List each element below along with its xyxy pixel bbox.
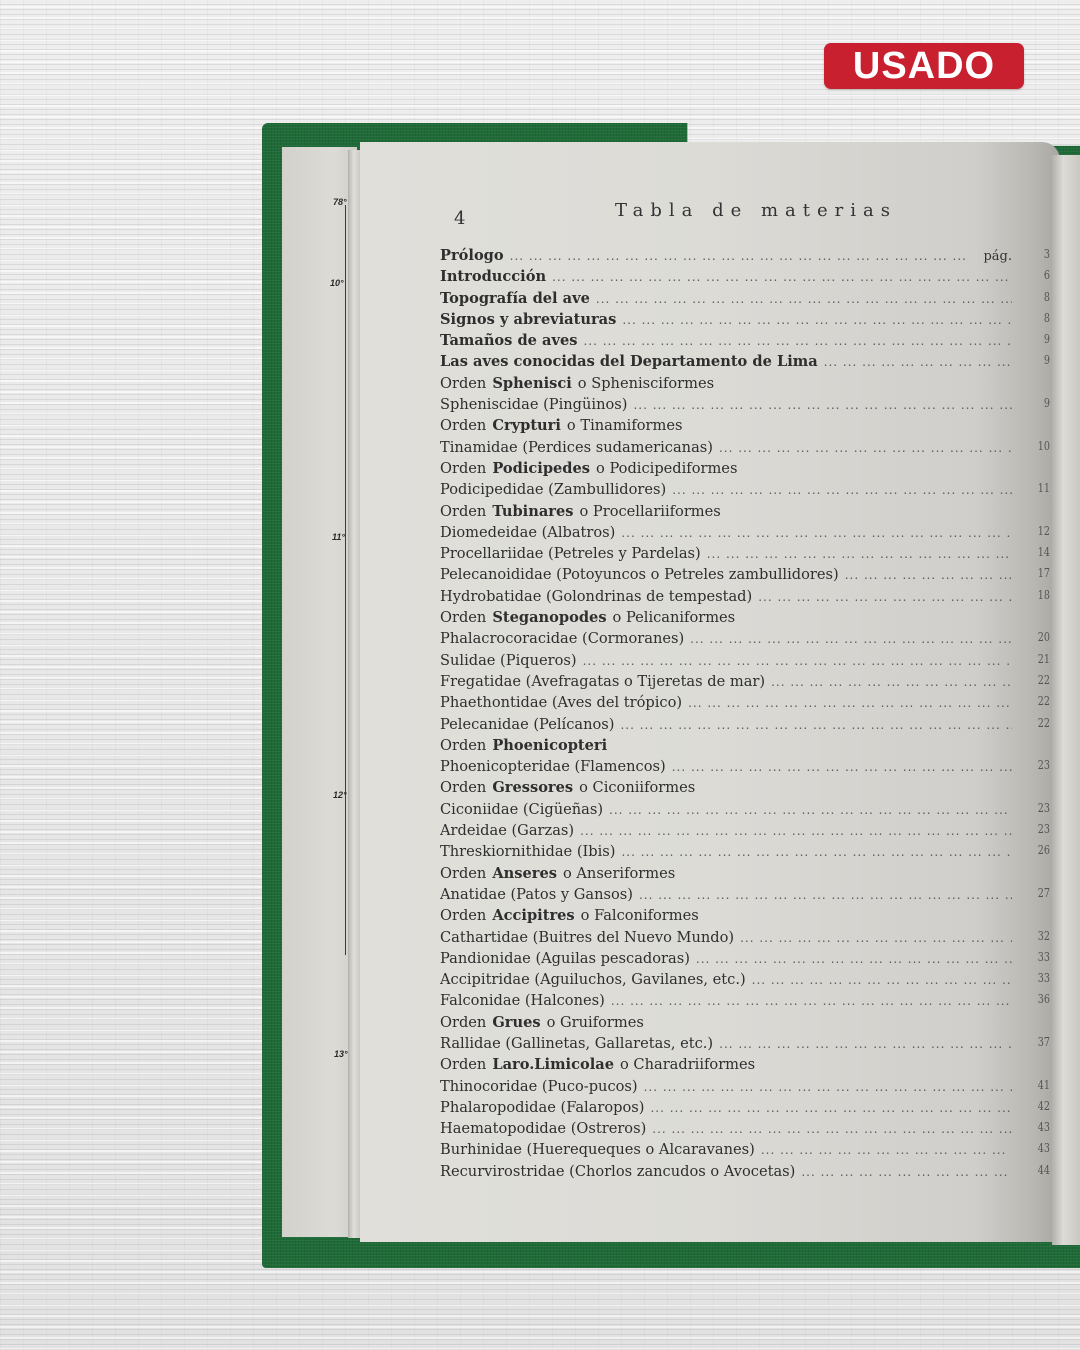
toc-entry-title: Prólogo <box>440 247 504 264</box>
order-prefix: Orden <box>440 503 486 520</box>
toc-entry-title: Podicipedidae (Zambullidores) <box>440 481 666 498</box>
toc-order-heading: OrdenGressoreso Ciconiiformes <box>440 779 1050 800</box>
dot-leader <box>688 696 1012 710</box>
toc-page-number: 33 <box>1032 950 1050 964</box>
toc-entry-title: Threskiornithidae (Ibis) <box>440 843 615 860</box>
toc-page-number: 27 <box>1032 886 1050 900</box>
order-name: Podicipedes <box>492 460 590 477</box>
table-of-contents: Prólogopág.3Introducción6Topografía del … <box>440 247 1050 1184</box>
toc-entry-title: Haematopodidae (Ostreros) <box>440 1120 646 1137</box>
ruler-mark: 78° <box>333 197 347 207</box>
toc-page-number: 11 <box>1032 481 1050 495</box>
toc-entry: Prólogopág.3 <box>440 247 1050 268</box>
toc-page-number: 33 <box>1032 971 1050 985</box>
order-prefix: Orden <box>440 609 486 626</box>
dot-leader <box>644 1080 1012 1094</box>
toc-order-heading: OrdenAccipitreso Falconiformes <box>440 907 1050 928</box>
order-name: Accipitres <box>492 907 574 924</box>
toc-entry-title: Phalaropodidae (Falaropos) <box>440 1099 644 1116</box>
order-name: Steganopodes <box>492 609 606 626</box>
toc-entry: Pelecanoididae (Potoyuncos o Petreles za… <box>440 566 1050 587</box>
order-prefix: Orden <box>440 1014 486 1031</box>
toc-entry-title: Anatidae (Patos y Gansos) <box>440 886 633 903</box>
toc-page-number: 8 <box>1032 290 1050 304</box>
map-ruler-line <box>345 205 346 955</box>
toc-entry-title: Sulidae (Piqueros) <box>440 652 577 669</box>
toc-entry-title: Fregatidae (Avefragatas o Tijeretas de m… <box>440 673 765 690</box>
order-suffix: o Pelicaniformes <box>613 609 736 626</box>
toc-page-number: 43 <box>1032 1120 1050 1134</box>
ruler-mark: 12° <box>333 790 347 800</box>
toc-entry-title: Pelecanoididae (Potoyuncos o Petreles za… <box>440 566 839 583</box>
order-suffix: o Anseriformes <box>563 865 675 882</box>
toc-entry: Ardeidae (Garzas)23 <box>440 822 1050 843</box>
toc-entry: Anatidae (Patos y Gansos)27 <box>440 886 1050 907</box>
toc-entry: Falconidae (Halcones)36 <box>440 992 1050 1013</box>
toc-page-number: 32 <box>1032 929 1050 943</box>
order-prefix: Orden <box>440 460 486 477</box>
toc-entry-title: Spheniscidae (Pingüinos) <box>440 396 627 413</box>
toc-page-number: 3 <box>1032 247 1050 261</box>
toc-page-number: 36 <box>1032 992 1050 1006</box>
order-prefix: Orden <box>440 417 486 434</box>
toc-page-number: 21 <box>1032 652 1050 666</box>
order-suffix: o Charadriiformes <box>620 1056 755 1073</box>
toc-page-number: 9 <box>1032 353 1050 367</box>
toc-entry-title: Rallidae (Gallinetas, Gallaretas, etc.) <box>440 1035 713 1052</box>
toc-entry: Recurvirostridae (Chorlos zancudos o Avo… <box>440 1163 1050 1184</box>
toc-entry-title: Hydrobatidae (Golondrinas de tempestad) <box>440 588 752 605</box>
toc-page-number: 22 <box>1032 694 1050 708</box>
toc-entry: Accipitridae (Aguiluchos, Gavilanes, etc… <box>440 971 1050 992</box>
order-name: Anseres <box>492 865 557 882</box>
toc-page-number: 22 <box>1032 673 1050 687</box>
dot-leader <box>621 845 1012 859</box>
toc-page-number: 41 <box>1032 1078 1050 1092</box>
toc-page-number: 18 <box>1032 588 1050 602</box>
toc-entry: Introducción6 <box>440 268 1050 289</box>
toc-page-number: 9 <box>1032 396 1050 410</box>
toc-order-heading: OrdenTubinareso Procellariiformes <box>440 503 1050 524</box>
toc-page-number: 23 <box>1032 822 1050 836</box>
dot-leader <box>620 718 1012 732</box>
toc-entry: Pandionidae (Aguilas pescadoras)33 <box>440 950 1050 971</box>
order-suffix: o Ciconiiformes <box>579 779 695 796</box>
toc-entry-title: Falconidae (Halcones) <box>440 992 605 1009</box>
toc-order-heading: OrdenSteganopodeso Pelicaniformes <box>440 609 1050 630</box>
order-prefix: Orden <box>440 737 486 754</box>
order-prefix: Orden <box>440 779 486 796</box>
toc-order-heading: OrdenSpheniscio Sphenisciformes <box>440 375 1050 396</box>
dot-leader <box>650 1101 1012 1115</box>
toc-entry: Burhinidae (Huerequeques o Alcaravanes)4… <box>440 1141 1050 1162</box>
order-prefix: Orden <box>440 865 486 882</box>
toc-entry: Phalacrocoracidae (Cormoranes)20 <box>440 630 1050 651</box>
toc-entry: Phalaropodidae (Falaropos)42 <box>440 1099 1050 1120</box>
toc-entry: Rallidae (Gallinetas, Gallaretas, etc.)3… <box>440 1035 1050 1056</box>
order-name: Crypturi <box>492 417 561 434</box>
toc-page-number: 6 <box>1032 268 1050 282</box>
toc-entry-title: Phaethontidae (Aves del trópico) <box>440 694 682 711</box>
order-suffix: o Sphenisciformes <box>578 375 714 392</box>
page-title: Tabla de materias <box>615 200 897 221</box>
toc-entry-title: Cathartidae (Buitres del Nuevo Mundo) <box>440 929 734 946</box>
order-suffix: o Falconiformes <box>581 907 699 924</box>
pag-label: pág. <box>983 249 1012 264</box>
toc-page-number: 17 <box>1032 566 1050 580</box>
toc-entry-title: Introducción <box>440 268 546 285</box>
toc-entry-title: Pandionidae (Aguilas pescadoras) <box>440 950 690 967</box>
page-number: 4 <box>454 208 465 229</box>
dot-leader <box>510 249 978 263</box>
dot-leader <box>690 632 1012 646</box>
toc-entry: Sulidae (Piqueros)21 <box>440 652 1050 673</box>
toc-entry-title: Phalacrocoracidae (Cormoranes) <box>440 630 684 647</box>
toc-entry-title: Ciconiidae (Cigüeñas) <box>440 801 603 818</box>
dot-leader <box>672 483 1012 497</box>
toc-page-number: 9 <box>1032 332 1050 346</box>
toc-entry-title: Las aves conocidas del Departamento de L… <box>440 353 818 370</box>
toc-entry: Cathartidae (Buitres del Nuevo Mundo)32 <box>440 929 1050 950</box>
dot-leader <box>707 547 1012 561</box>
dot-leader <box>771 675 1012 689</box>
toc-entry-title: Tinamidae (Perdices sudamericanas) <box>440 439 713 456</box>
toc-page-number: 37 <box>1032 1035 1050 1049</box>
dot-leader <box>824 355 1012 369</box>
toc-entry: Fregatidae (Avefragatas o Tijeretas de m… <box>440 673 1050 694</box>
dot-leader <box>622 313 1012 327</box>
toc-entry: Phoenicopteridae (Flamencos)23 <box>440 758 1050 779</box>
dot-leader <box>740 931 1012 945</box>
toc-entry-title: Phoenicopteridae (Flamencos) <box>440 758 666 775</box>
dot-leader <box>639 888 1012 902</box>
order-suffix: o Tinamiformes <box>567 417 683 434</box>
toc-entry-title: Recurvirostridae (Chorlos zancudos o Avo… <box>440 1163 795 1180</box>
ruler-mark: 10° <box>330 278 344 288</box>
dot-leader <box>583 654 1012 668</box>
toc-entry: Thinocoridae (Puco-pucos)41 <box>440 1078 1050 1099</box>
toc-entry: Threskiornithidae (Ibis)26 <box>440 843 1050 864</box>
toc-entry-title: Topografía del ave <box>440 290 590 307</box>
order-name: Tubinares <box>492 503 573 520</box>
order-prefix: Orden <box>440 907 486 924</box>
toc-entry-title: Signos y abreviaturas <box>440 311 616 328</box>
dot-leader <box>672 760 1012 774</box>
toc-order-heading: OrdenPhoenicopteri <box>440 737 1050 758</box>
toc-order-heading: OrdenCrypturio Tinamiformes <box>440 417 1050 438</box>
dot-leader <box>761 1143 1012 1157</box>
toc-page-number: 8 <box>1032 311 1050 325</box>
toc-entry-title: Thinocoridae (Puco-pucos) <box>440 1078 638 1095</box>
toc-entry: Phaethontidae (Aves del trópico)22 <box>440 694 1050 715</box>
dot-leader <box>621 526 1012 540</box>
order-name: Sphenisci <box>492 375 571 392</box>
dot-leader <box>652 1122 1012 1136</box>
toc-entry: Topografía del ave8 <box>440 290 1050 311</box>
toc-page-number: 10 <box>1032 439 1050 453</box>
toc-entry-title: Ardeidae (Garzas) <box>440 822 574 839</box>
ruler-mark: 11° <box>332 532 345 542</box>
toc-page-number: 26 <box>1032 843 1050 857</box>
used-condition-badge: USADO <box>824 43 1024 89</box>
order-name: Grues <box>492 1014 540 1031</box>
toc-entry-title: Procellariidae (Petreles y Pardelas) <box>440 545 701 562</box>
toc-entry: Spheniscidae (Pingüinos)9 <box>440 396 1050 417</box>
toc-order-heading: OrdenLaro.Limicolaeo Charadriiformes <box>440 1056 1050 1077</box>
order-name: Laro.Limicolae <box>492 1056 614 1073</box>
toc-page-number: 22 <box>1032 716 1050 730</box>
dot-leader <box>719 441 1012 455</box>
page-edge <box>1052 155 1080 1245</box>
order-suffix: o Procellariiformes <box>579 503 720 520</box>
toc-page-number: 23 <box>1032 758 1050 772</box>
toc-order-heading: OrdenPodicipedeso Podicipediformes <box>440 460 1050 481</box>
ruler-mark: 13° <box>334 1049 348 1059</box>
toc-order-heading: OrdenAnsereso Anseriformes <box>440 865 1050 886</box>
toc-page-number: 43 <box>1032 1141 1050 1155</box>
dot-leader <box>845 568 1012 582</box>
dot-leader <box>609 803 1012 817</box>
toc-entry: Procellariidae (Petreles y Pardelas)14 <box>440 545 1050 566</box>
dot-leader <box>719 1037 1012 1051</box>
toc-entry: Hydrobatidae (Golondrinas de tempestad)1… <box>440 588 1050 609</box>
order-name: Gressores <box>492 779 573 796</box>
toc-entry-title: Tamaños de aves <box>440 332 577 349</box>
order-suffix: o Gruiformes <box>547 1014 644 1031</box>
dot-leader <box>633 398 1012 412</box>
toc-entry-title: Burhinidae (Huerequeques o Alcaravanes) <box>440 1141 755 1158</box>
order-prefix: Orden <box>440 1056 486 1073</box>
toc-entry: Ciconiidae (Cigüeñas)23 <box>440 801 1050 822</box>
toc-entry: Podicipedidae (Zambullidores)11 <box>440 481 1050 502</box>
dot-leader <box>758 590 1012 604</box>
toc-entry: Haematopodidae (Ostreros)43 <box>440 1120 1050 1141</box>
dot-leader <box>801 1165 1012 1179</box>
toc-entry-title: Pelecanidae (Pelícanos) <box>440 716 614 733</box>
dot-leader <box>752 973 1012 987</box>
dot-leader <box>696 952 1012 966</box>
toc-entry: Tinamidae (Perdices sudamericanas)10 <box>440 439 1050 460</box>
order-suffix: o Podicipediformes <box>596 460 737 477</box>
dot-leader <box>580 824 1012 838</box>
dot-leader <box>611 994 1012 1008</box>
toc-page-number: 20 <box>1032 630 1050 644</box>
toc-order-heading: OrdenGrueso Gruiformes <box>440 1014 1050 1035</box>
toc-entry: Tamaños de aves9 <box>440 332 1050 353</box>
order-name: Phoenicopteri <box>492 737 607 754</box>
dot-leader <box>596 292 1012 306</box>
toc-page-number: 14 <box>1032 545 1050 559</box>
toc-page-number: 44 <box>1032 1163 1050 1177</box>
toc-page-number: 23 <box>1032 801 1050 815</box>
toc-page-number: 42 <box>1032 1099 1050 1113</box>
order-prefix: Orden <box>440 375 486 392</box>
dot-leader <box>583 334 1012 348</box>
dot-leader <box>552 270 1012 284</box>
toc-page-number: 12 <box>1032 524 1050 538</box>
toc-entry: Signos y abreviaturas8 <box>440 311 1050 332</box>
toc-entry: Las aves conocidas del Departamento de L… <box>440 353 1050 374</box>
toc-entry-title: Diomedeidae (Albatros) <box>440 524 615 541</box>
toc-entry-title: Accipitridae (Aguiluchos, Gavilanes, etc… <box>440 971 746 988</box>
toc-entry: Diomedeidae (Albatros)12 <box>440 524 1050 545</box>
toc-entry: Pelecanidae (Pelícanos)22 <box>440 716 1050 737</box>
